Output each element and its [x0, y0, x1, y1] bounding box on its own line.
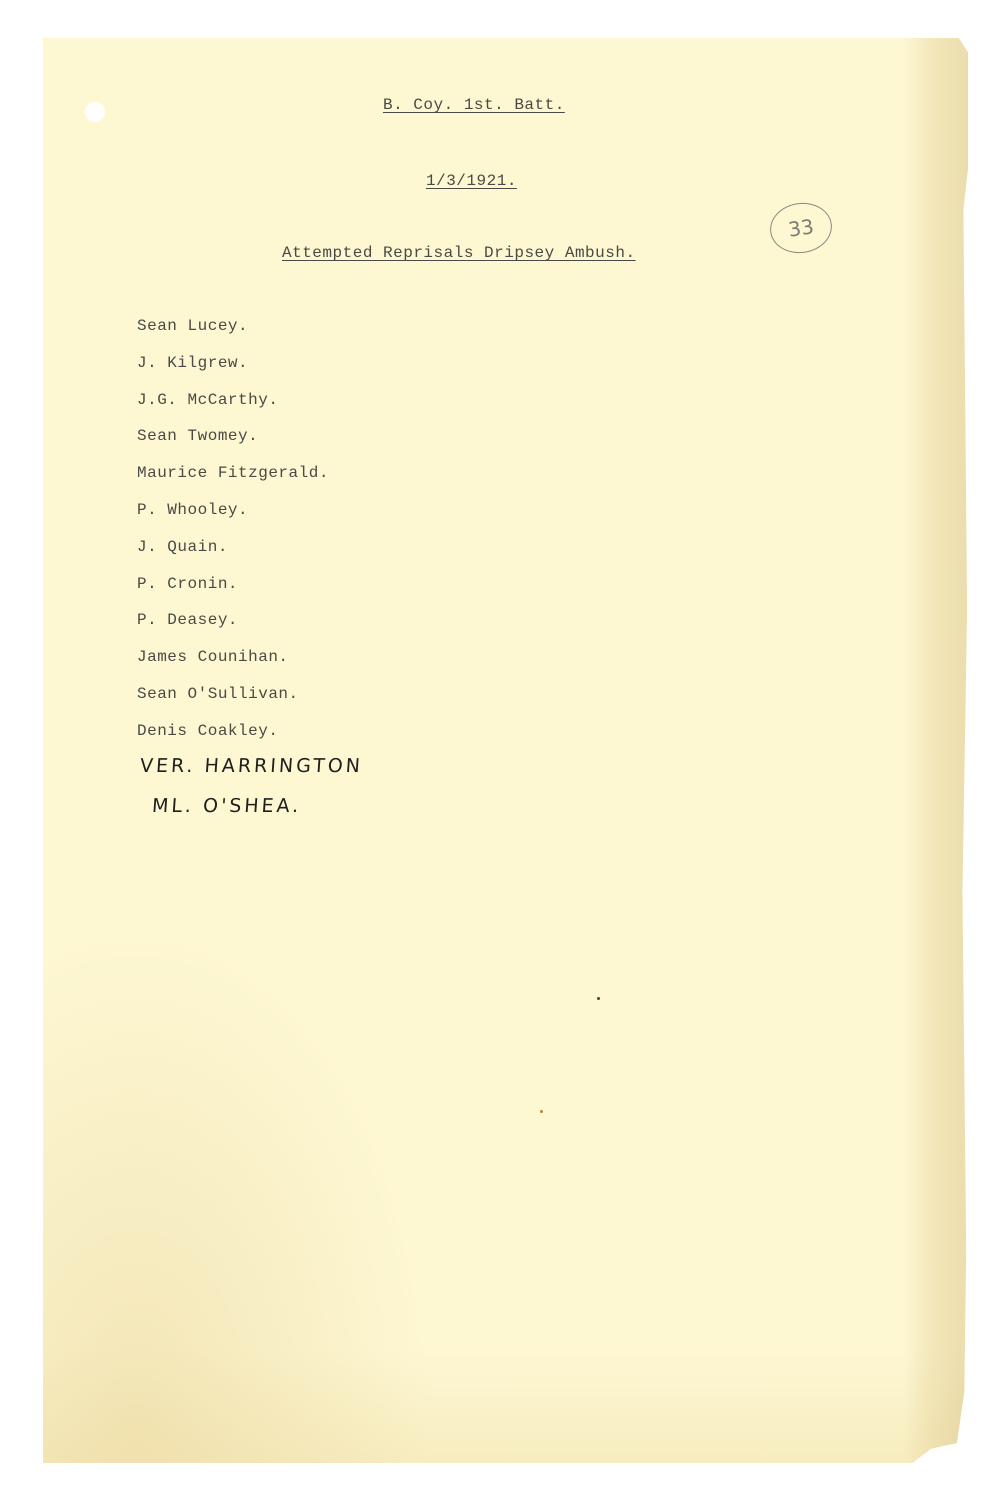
- list-item: P. Deasey.: [137, 610, 329, 647]
- list-item: J.G. McCarthy.: [137, 390, 329, 427]
- unit-heading: B. Coy. 1st. Batt.: [383, 96, 565, 114]
- handwritten-name: VER. HARRINGTON: [139, 755, 363, 777]
- list-item: Sean O'Sullivan.: [137, 684, 329, 721]
- ink-speck: [597, 997, 600, 1000]
- typed-name-list: Sean Lucey. J. Kilgrew. J.G. McCarthy. S…: [137, 316, 329, 758]
- date-heading: 1/3/1921.: [426, 172, 517, 190]
- handwritten-name: ML. O'SHEA.: [151, 795, 302, 817]
- list-item: Sean Lucey.: [137, 316, 329, 353]
- punch-hole: [85, 102, 105, 122]
- list-item: Denis Coakley.: [137, 721, 329, 758]
- list-item: Maurice Fitzgerald.: [137, 463, 329, 500]
- stain-speck: [540, 1110, 543, 1113]
- document-title: Attempted Reprisals Dripsey Ambush.: [282, 244, 636, 262]
- list-item: James Counihan.: [137, 647, 329, 684]
- list-item: J. Quain.: [137, 537, 329, 574]
- page-number-text: 33: [787, 214, 816, 241]
- list-item: P. Cronin.: [137, 574, 329, 611]
- list-item: Sean Twomey.: [137, 426, 329, 463]
- list-item: J. Kilgrew.: [137, 353, 329, 390]
- list-item: P. Whooley.: [137, 500, 329, 537]
